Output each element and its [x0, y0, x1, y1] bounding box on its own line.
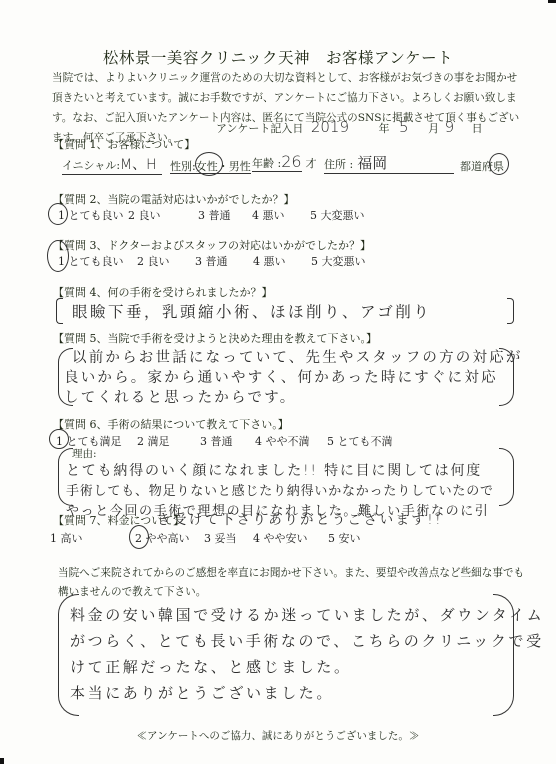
- q3-selected-circle: [47, 240, 69, 272]
- comments-answer-line-3: けて正解だったな、と感じました。: [70, 656, 352, 677]
- reason-label: 理由:: [72, 446, 97, 461]
- prefecture-do[interactable]: 道: [471, 160, 482, 173]
- scan-corner-mark: [548, 0, 556, 3]
- age-label: 年齢 :: [252, 157, 281, 170]
- q2-option-2[interactable]: 2 良い: [128, 207, 161, 223]
- q3-option-2[interactable]: 2 良い: [137, 253, 170, 269]
- q6-selected-circle: [49, 429, 69, 449]
- initial-label: イニシャル:: [62, 159, 120, 172]
- q6-option-5[interactable]: 5 とても不満: [327, 433, 393, 449]
- q4-answer-box[interactable]: 眼瞼下垂，乳頭縮小術、ほほ削り、アゴ削り: [56, 298, 514, 324]
- comments-answer-line-4: 本当にありがとうございました。: [70, 682, 334, 703]
- q3-heading: 【質問 3、ドクターおよびスタッフの対応はいかがでしたか？】: [53, 237, 371, 253]
- q5-answer-line-1: 以前からお世話になっていて、先生やスタッフの方の対応が: [72, 346, 523, 367]
- comments-answer-box[interactable]: 料金の安い韓国で受けるか迷っていましたが、ダウンタイム がつらく、とても長い手術…: [58, 594, 514, 716]
- bracket-right: [499, 448, 514, 506]
- q5-answer-line-3: してくれると思ったからです。: [64, 386, 297, 407]
- address-label: 住所 :: [324, 158, 353, 171]
- q2-heading: 【質問 2、当院の電話対応はいかがでしたか？】: [53, 191, 295, 207]
- q6-reason-line-1: とても納得のいく顔になれました!! 特に目に関しては何度: [66, 460, 482, 480]
- date-year-unit: 年: [379, 122, 390, 135]
- q7-option-1[interactable]: 1 高い: [50, 530, 83, 546]
- q2-option-3[interactable]: 3 普通: [198, 207, 231, 223]
- scan-corner-mark: [0, 758, 4, 764]
- gender-option-male[interactable]: 男性: [229, 160, 251, 173]
- q3-option-3[interactable]: 3 普通: [195, 253, 228, 269]
- age-unit: 才: [306, 157, 317, 170]
- address-field: 住所 :福岡: [324, 152, 454, 174]
- date-day[interactable]: 9: [445, 118, 455, 136]
- bracket-left: [56, 298, 63, 324]
- q6-heading: 【質問 6、手術の結果について教えて下さい。】: [53, 416, 289, 432]
- q1-fields: イニシャル:M、H: [62, 154, 162, 175]
- comments-prompt-line-1: 当院へご来院されてからのご感想を率直にお聞かせ下さい。また、要望や改善点など些細…: [58, 565, 524, 580]
- thanks-footer: ≪アンケートへのご協力、誠にありがとうございました。≫: [0, 728, 556, 743]
- q7-options: 1 高い 2 やや高い 3 妥当 4 やや安い 5 安い: [0, 530, 556, 546]
- age-field: 年齢 :26 才: [252, 152, 317, 172]
- q2-options: 1 とても良い 2 良い 3 普通 4 悪い 5 大変悪い: [0, 207, 556, 223]
- q6-reason-line-2: 手術しても、物足りないと感じたり納得いかなかったりしていたので: [66, 480, 494, 499]
- q4-answer: 眼瞼下垂，乳頭縮小術、ほほ削り、アゴ削り: [72, 300, 431, 322]
- q6-option-4[interactable]: 4 やや不満: [255, 433, 310, 449]
- date-year[interactable]: 2019: [311, 118, 349, 136]
- prefecture-selected-circle: [489, 153, 509, 175]
- prefecture-to[interactable]: 都: [460, 160, 471, 173]
- q3-option-5[interactable]: 5 大変悪い: [311, 253, 366, 269]
- q6-reason-box[interactable]: 理由: とても納得のいく顔になれました!! 特に目に関しては何度 手術しても、物…: [58, 448, 514, 506]
- q2-option-5[interactable]: 5 大変悪い: [310, 207, 365, 223]
- initial-value: M、H: [120, 157, 157, 173]
- comments-answer-line-2: がつらく、とても長い手術なので、こちらのクリニックで受: [70, 630, 544, 651]
- page-title: 松林景一美容クリニック天神 お客様アンケート: [0, 46, 556, 68]
- q7-option-3[interactable]: 3 妥当: [204, 530, 237, 546]
- date-day-unit: 日: [472, 122, 483, 135]
- q5-heading: 【質問 5、当院で手術を受けようと決めた理由を教えて下さい。】: [53, 330, 377, 346]
- initial-field[interactable]: イニシャル:M、H: [62, 154, 162, 175]
- q2-option-4[interactable]: 4 悪い: [252, 207, 285, 223]
- q6-option-2[interactable]: 2 満足: [137, 433, 170, 449]
- q7-selected-circle: [129, 525, 149, 549]
- date-month-unit: 月: [428, 122, 439, 135]
- q5-answer-line-2: 良いから。家から通いやすく、何かあった時にすぐに対応: [64, 366, 498, 387]
- age-value[interactable]: 26: [281, 152, 301, 171]
- date-label: アンケート記入日: [216, 122, 303, 135]
- q5-answer-box[interactable]: 以前からお世話になっていて、先生やスタッフの方の対応が 良いから。家から通いやす…: [58, 348, 514, 406]
- date-month[interactable]: 5: [399, 118, 409, 136]
- q6-reason-line-4: き受けて下さりありがとうございます!!: [157, 508, 443, 528]
- q3-options: 1 とても良い 2 良い 3 普通 4 悪い 5 大変悪い: [0, 253, 556, 269]
- q7-option-5[interactable]: 5 安い: [328, 530, 361, 546]
- q7-option-4[interactable]: 4 やや安い: [253, 530, 308, 546]
- q3-option-4[interactable]: 4 悪い: [253, 253, 286, 269]
- q1-heading: 【質問 1、お客様について】: [53, 136, 195, 152]
- q6-option-3[interactable]: 3 普通: [200, 433, 233, 449]
- comments-answer-line-1: 料金の安い韓国で受けるか迷っていましたが、ダウンタイム: [70, 604, 544, 625]
- survey-date: アンケート記入日 2019 年 5 月 9 日: [216, 118, 483, 136]
- address-value[interactable]: 福岡: [357, 154, 387, 172]
- gender-selected-circle: [195, 152, 223, 176]
- q2-selected-circle: [48, 203, 68, 225]
- gender-label: 性別:: [170, 160, 196, 173]
- bracket-right: [507, 298, 514, 324]
